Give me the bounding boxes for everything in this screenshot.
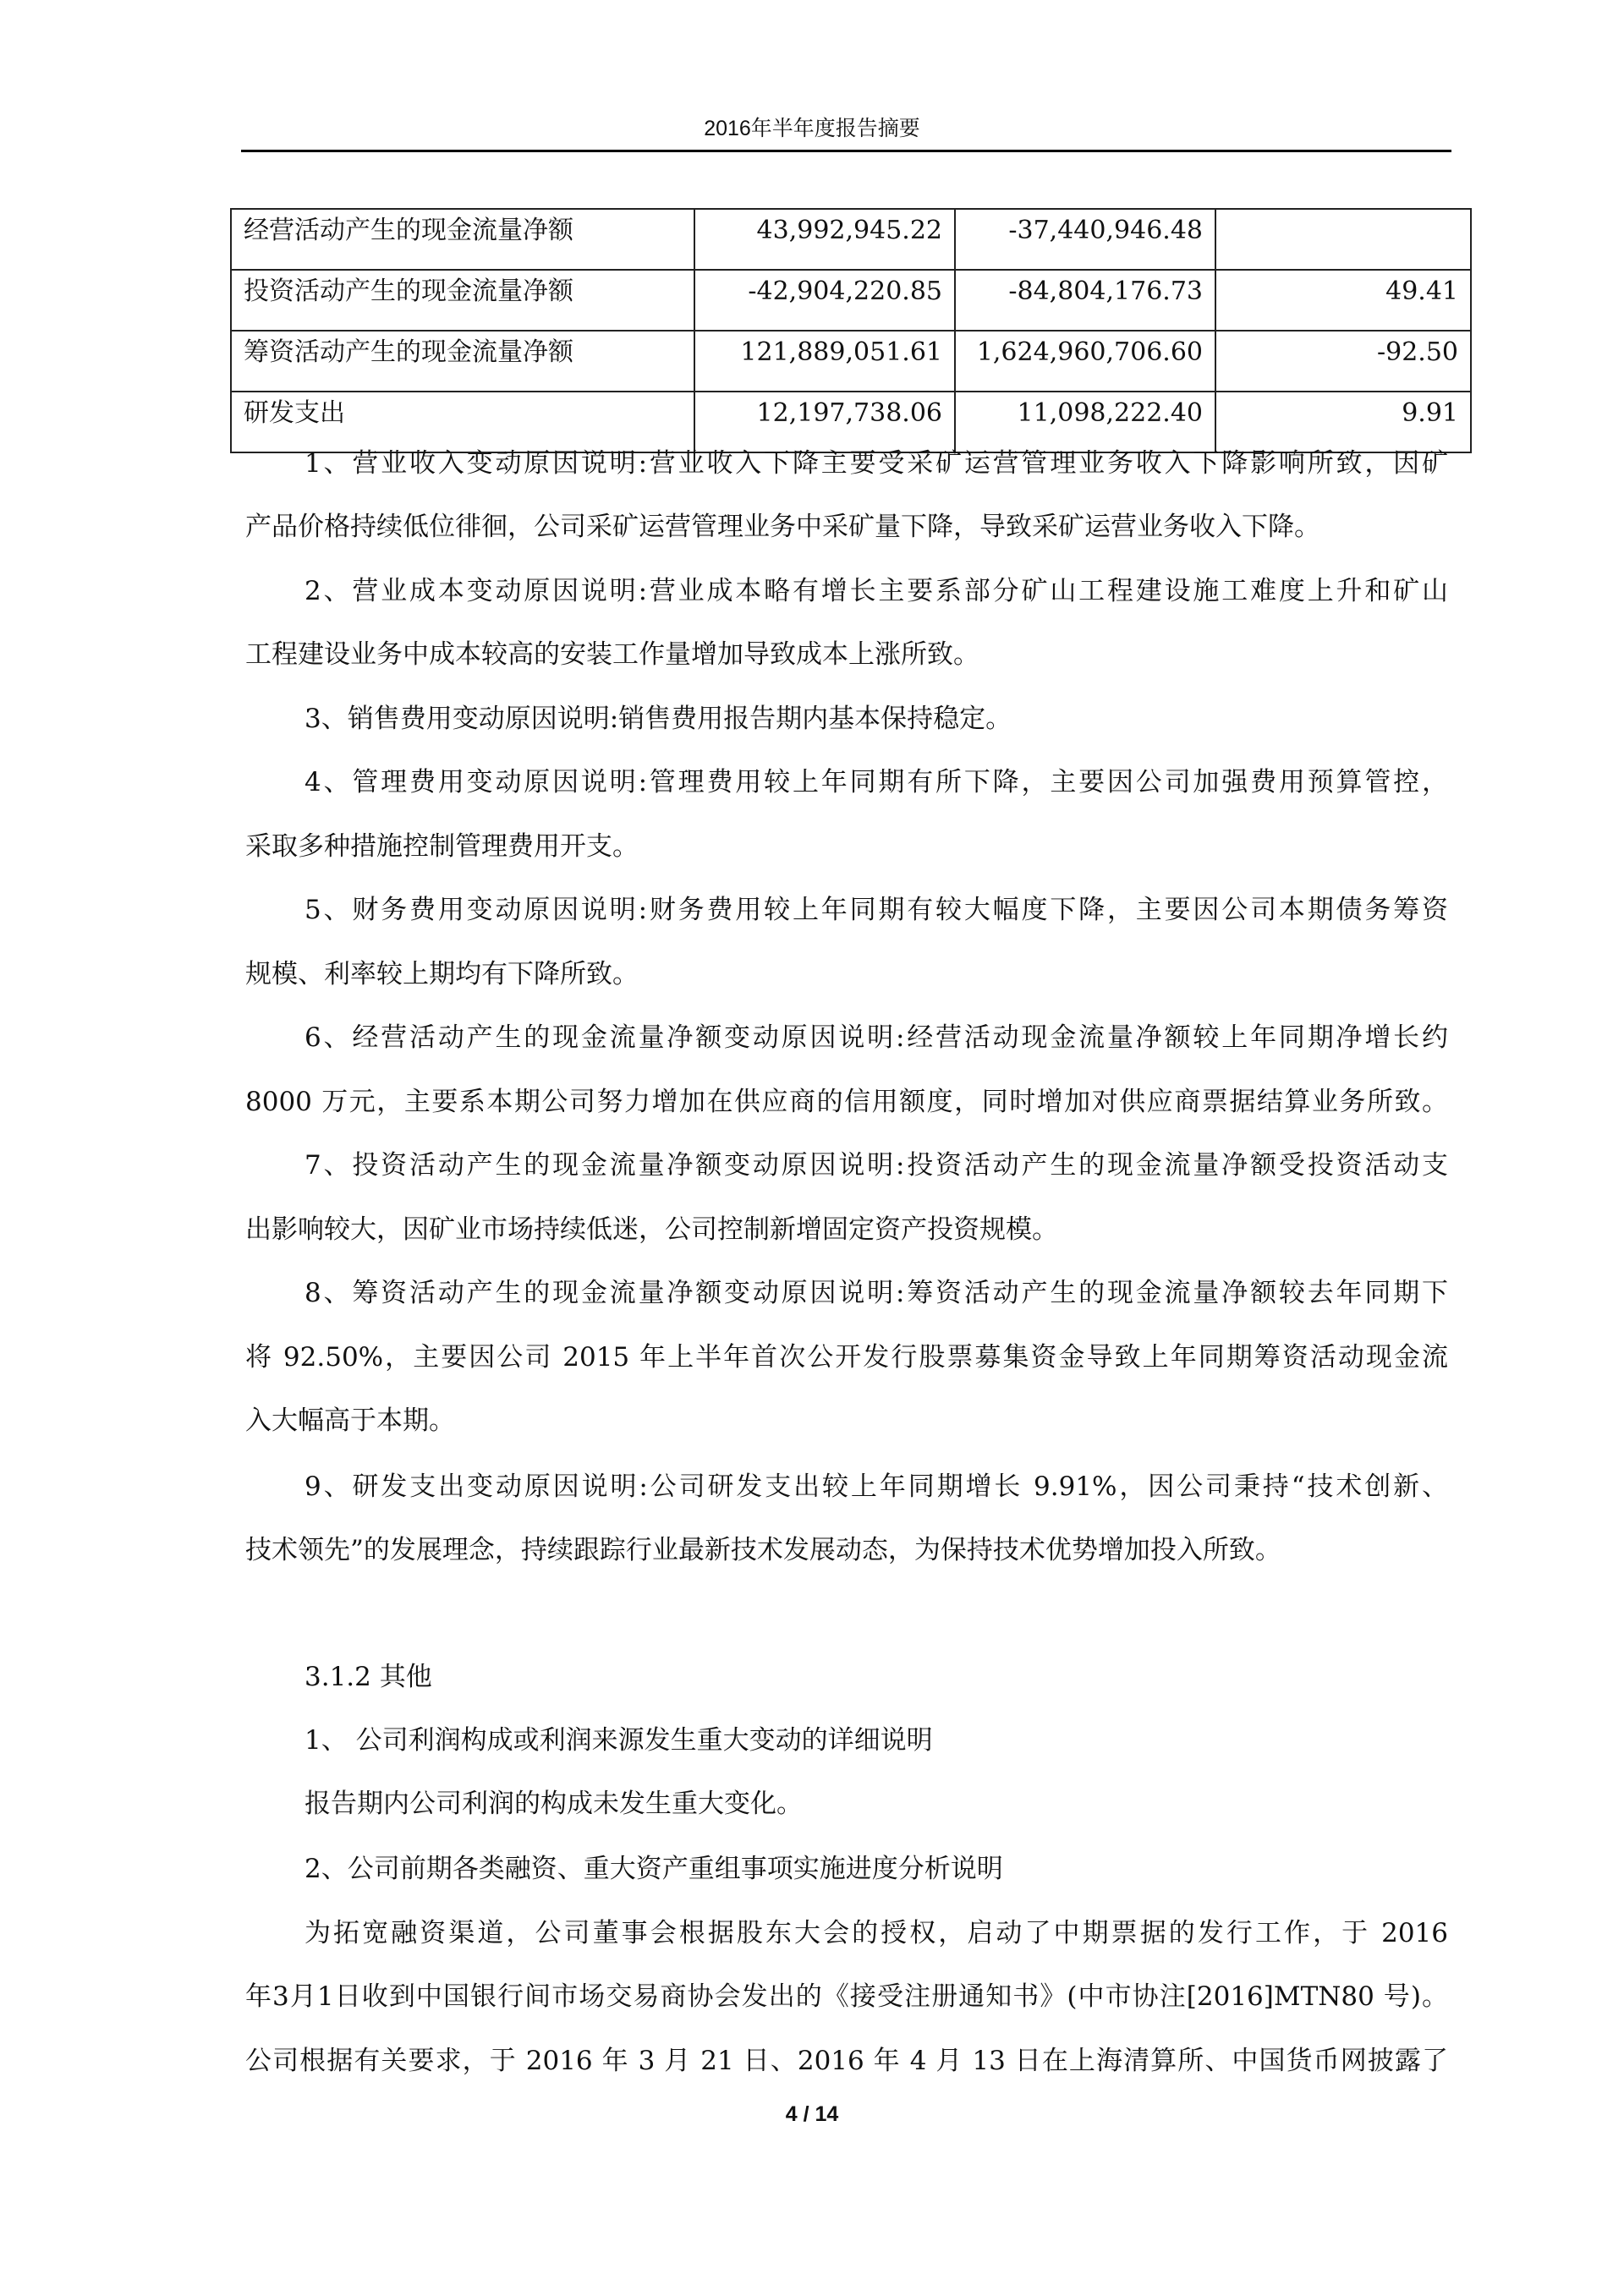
paragraph-2-line-2: 工程建设业务中成本较高的安装工作量增加导致成本上涨所致。: [245, 638, 979, 671]
paragraph-1-line-1: 1、营业收入变动原因说明:营业收入下降主要受采矿运营管理业务收入下降影响所致，因…: [304, 447, 1448, 480]
row-label: 研发支出: [231, 392, 694, 452]
item-2-line-3: 公司根据有关要求，于 2016 年 3 月 21 日、2016 年 4 月 13…: [245, 2044, 1448, 2078]
change-percent: [1215, 209, 1471, 270]
paragraph-7-line-1: 7、投资活动产生的现金流量净额变动原因说明:投资活动产生的现金流量净额受投资活动…: [304, 1148, 1448, 1182]
change-percent: 49.41: [1215, 270, 1471, 331]
paragraph-4-line-2: 采取多种措施控制管理费用开支。: [245, 830, 639, 863]
prior-period-value: 11,098,222.40: [955, 392, 1215, 452]
paragraph-3-line-1: 3、销售费用变动原因说明:销售费用报告期内基本保持稳定。: [304, 702, 1012, 736]
prior-period-value: -37,440,946.48: [955, 209, 1215, 270]
current-period-value: 43,992,945.22: [694, 209, 955, 270]
current-period-value: 12,197,738.06: [694, 392, 955, 452]
item-1-title: 1、 公司利润构成或利润来源发生重大变动的详细说明: [304, 1723, 933, 1757]
item-2-line-1: 为拓宽融资渠道，公司董事会根据股东大会的授权，启动了中期票据的发行工作，于 20…: [304, 1916, 1448, 1950]
table-row: 研发支出 12,197,738.06 11,098,222.40 9.91: [231, 392, 1471, 452]
page-header-title: 2016年半年度报告摘要: [0, 112, 1624, 142]
paragraph-6-line-1: 6、经营活动产生的现金流量净额变动原因说明:经营活动现金流量净额较上年同期净增长…: [304, 1021, 1448, 1055]
page-number: 4 / 14: [0, 2102, 1624, 2127]
cash-flow-table: 经营活动产生的现金流量净额 43,992,945.22 -37,440,946.…: [230, 208, 1472, 453]
item-2-title: 2、公司前期各类融资、重大资产重组事项实施进度分析说明: [304, 1852, 1003, 1886]
row-label: 投资活动产生的现金流量净额: [231, 270, 694, 331]
row-label: 筹资活动产生的现金流量净额: [231, 331, 694, 392]
paragraph-5-line-2: 规模、利率较上期均有下降所致。: [245, 957, 639, 991]
prior-period-value: -84,804,176.73: [955, 270, 1215, 331]
header-rule: [241, 150, 1451, 152]
table-row: 经营活动产生的现金流量净额 43,992,945.22 -37,440,946.…: [231, 209, 1471, 270]
change-percent: 9.91: [1215, 392, 1471, 452]
paragraph-7-line-2: 出影响较大，因矿业市场持续低迷，公司控制新增固定资产投资规模。: [245, 1213, 1058, 1247]
paragraph-8-line-3: 入大幅高于本期。: [245, 1404, 455, 1438]
current-period-value: 121,889,051.61: [694, 331, 955, 392]
paragraph-2-line-1: 2、营业成本变动原因说明:营业成本略有增长主要系部分矿山工程建设施工难度上升和矿…: [304, 574, 1448, 608]
paragraph-4-line-1: 4、管理费用变动原因说明:管理费用较上年同期有所下降，主要因公司加强费用预算管控…: [304, 765, 1448, 799]
prior-period-value: 1,624,960,706.60: [955, 331, 1215, 392]
paragraph-8-line-2: 将 92.50%，主要因公司 2015 年上半年首次公开发行股票募集资金导致上年…: [245, 1340, 1448, 1374]
paragraph-9-line-1: 9、研发支出变动原因说明:公司研发支出较上年同期增长 9.91%，因公司秉持“技…: [304, 1470, 1448, 1504]
paragraph-1-line-2: 产品价格持续低位徘徊，公司采矿运营管理业务中采矿量下降，导致采矿运营业务收入下降…: [245, 510, 1320, 544]
section-heading: 3.1.2 其他: [304, 1660, 432, 1694]
change-percent: -92.50: [1215, 331, 1471, 392]
paragraph-8-line-1: 8、筹资活动产生的现金流量净额变动原因说明:筹资活动产生的现金流量净额较去年同期…: [304, 1276, 1448, 1310]
paragraph-5-line-1: 5、财务费用变动原因说明:财务费用较上年同期有较大幅度下降，主要因公司本期债务筹…: [304, 893, 1448, 927]
item-2-line-2: 年3月1日收到中国银行间市场交易商协会发出的《接受注册通知书》(中市协注[201…: [245, 1980, 1448, 2014]
table-row: 筹资活动产生的现金流量净额 121,889,051.61 1,624,960,7…: [231, 331, 1471, 392]
paragraph-9-line-2: 技术领先”的发展理念，持续跟踪行业最新技术发展动态，为保持技术优势增加投入所致。: [245, 1533, 1281, 1567]
row-label: 经营活动产生的现金流量净额: [231, 209, 694, 270]
paragraph-6-line-2: 8000 万元，主要系本期公司努力增加在供应商的信用额度，同时增加对供应商票据结…: [245, 1085, 1448, 1119]
table-row: 投资活动产生的现金流量净额 -42,904,220.85 -84,804,176…: [231, 270, 1471, 331]
current-period-value: -42,904,220.85: [694, 270, 955, 331]
item-1-body: 报告期内公司利润的构成未发生重大变化。: [304, 1787, 803, 1821]
